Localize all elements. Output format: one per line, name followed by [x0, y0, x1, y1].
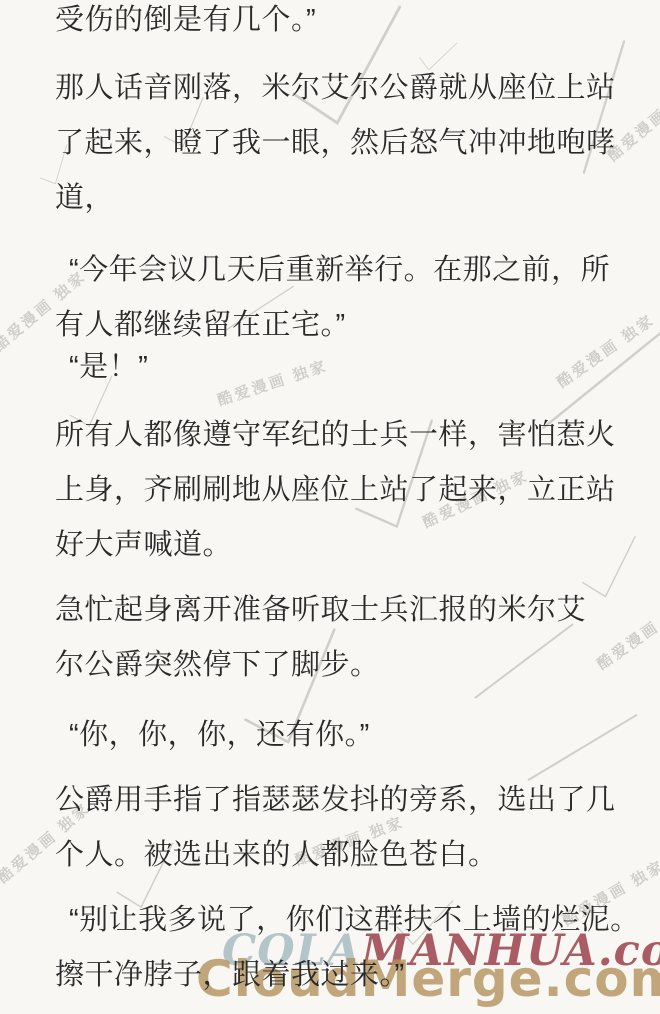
- paragraph: “别让我多说了，你们这群扶不上墙的烂泥。 擦干净脖子，跟着我过来。”: [55, 893, 638, 1003]
- paragraph: “今年会议几天后重新举行。在那之前，所 有人都继续留在正宅。”: [55, 243, 638, 353]
- paragraph: 受伤的倒是有几个。”: [55, 0, 638, 48]
- novel-text-line: 那人话音刚落，米尔艾尔公爵就从座位上站: [55, 61, 638, 116]
- novel-text-line: 擦干净脖子，跟着我过来。”: [55, 948, 638, 1003]
- novel-text-line: 所有人都像遵守军纪的士兵一样，害怕惹火: [55, 408, 638, 463]
- novel-text-line: 好大声喊道。: [55, 518, 638, 573]
- paragraph: “你，你，你，还有你。”: [55, 708, 638, 763]
- paragraph: 公爵用手指了指瑟瑟发抖的旁系，选出了几 个人。被选出来的人都脸色苍白。: [55, 773, 638, 883]
- novel-reader-page: 酷爱漫画 独家 酷爱漫画 独家 酷爱漫画 独家 酷爱漫画 独家 酷爱漫画 独家 …: [0, 0, 660, 1014]
- novel-text-line: 尔公爵突然停下了脚步。: [55, 638, 638, 693]
- novel-text-line: 受伤的倒是有几个。”: [55, 0, 638, 48]
- novel-text-line: 公爵用手指了指瑟瑟发抖的旁系，选出了几: [55, 773, 638, 828]
- novel-text-line: 个人。被选出来的人都脸色苍白。: [55, 828, 638, 883]
- novel-text-line: 急忙起身离开准备听取士兵汇报的米尔艾: [55, 583, 638, 638]
- novel-text-line: “是！”: [55, 340, 638, 395]
- novel-text-line: “今年会议几天后重新举行。在那之前，所: [55, 243, 638, 298]
- novel-text-line: 上身，齐刷刷地从座位上站了起来，立正站: [55, 463, 638, 518]
- paragraph: “是！”: [55, 340, 638, 395]
- novel-text-line: “你，你，你，还有你。”: [55, 708, 638, 763]
- novel-text-line: “别让我多说了，你们这群扶不上墙的烂泥。: [55, 893, 638, 948]
- paragraph: 急忙起身离开准备听取士兵汇报的米尔艾 尔公爵突然停下了脚步。: [55, 583, 638, 693]
- paragraph: 所有人都像遵守军纪的士兵一样，害怕惹火 上身，齐刷刷地从座位上站了起来，立正站 …: [55, 408, 638, 573]
- paragraph: 那人话音刚落，米尔艾尔公爵就从座位上站 了起来，瞪了我一眼，然后怒气冲冲地咆哮 …: [55, 61, 638, 226]
- novel-text-column: 受伤的倒是有几个。” 那人话音刚落，米尔艾尔公爵就从座位上站 了起来，瞪了我一眼…: [55, 0, 638, 1003]
- novel-text-line: 道，: [55, 171, 638, 226]
- novel-text-line: 了起来，瞪了我一眼，然后怒气冲冲地咆哮: [55, 116, 638, 171]
